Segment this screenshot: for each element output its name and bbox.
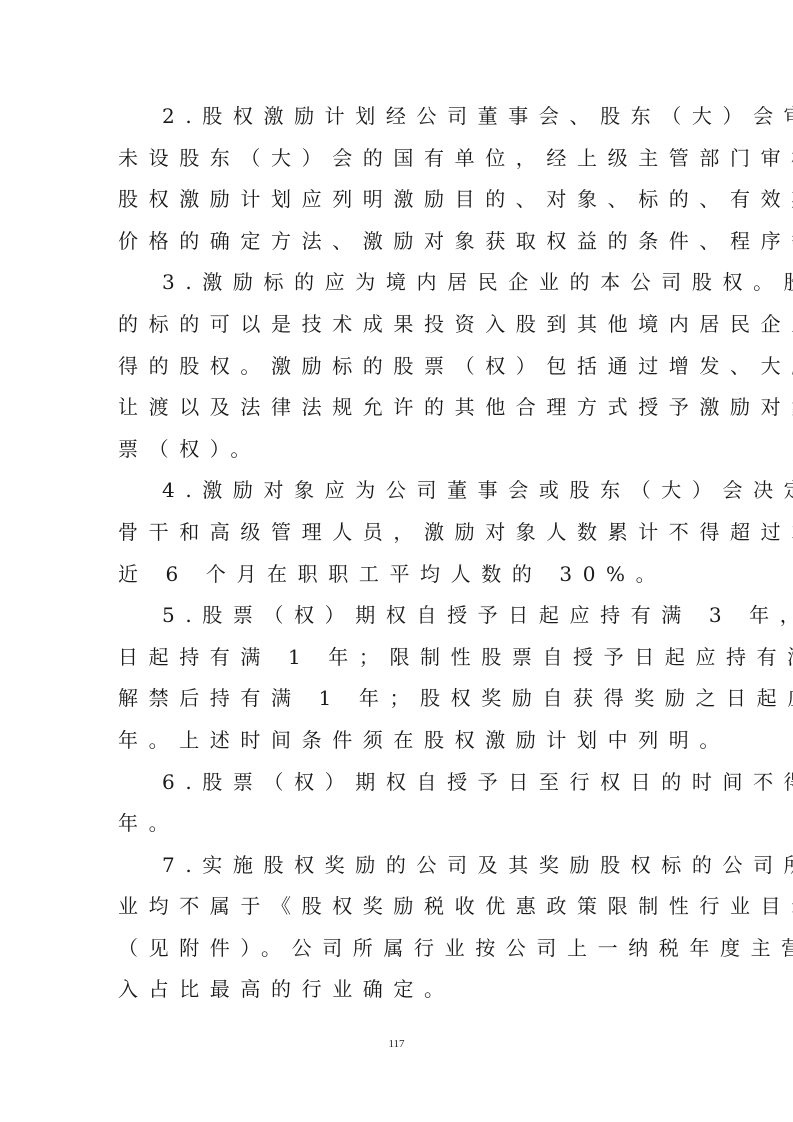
text-line: 价格的确定方法、激励对象获取权益的条件、程序等。 [118, 221, 678, 263]
text-line: 近 6 个月在职职工平均人数的 30%。 [118, 554, 678, 596]
paragraph-3: 3.激励标的应为境内居民企业的本公司股权。股权奖励 的标的可以是技术成果投资入股… [118, 262, 678, 470]
paragraph-6: 6.股票（权）期权自授予日至行权日的时间不得超过 10 年。 [118, 762, 678, 845]
text-line: 4.激励对象应为公司董事会或股东（大）会决定的技术 [118, 470, 678, 512]
page-number: 117 [0, 1038, 793, 1050]
text-line: 股权激励计划应列明激励目的、对象、标的、有效期、各类 [118, 179, 678, 221]
text-line: 让渡以及法律法规允许的其他合理方式授予激励对象的股 [118, 387, 678, 429]
paragraph-2: 2.股权激励计划经公司董事会、股东（大）会审议通过。 未设股东（大）会的国有单位… [118, 96, 678, 262]
text-line: 业均不属于《股权奖励税收优惠政策限制性行业目录》范围 [118, 886, 678, 928]
text-line: 6.股票（权）期权自授予日至行权日的时间不得超过 10 [118, 762, 678, 804]
text-line: 3.激励标的应为境内居民企业的本公司股权。股权奖励 [118, 262, 678, 304]
paragraph-5: 5.股票（权）期权自授予日起应持有满 3 年，且自行权 日起持有满 1 年；限制… [118, 595, 678, 761]
paragraph-4: 4.激励对象应为公司董事会或股东（大）会决定的技术 骨干和高级管理人员，激励对象… [118, 470, 678, 595]
text-line: 2.股权激励计划经公司董事会、股东（大）会审议通过。 [118, 96, 678, 138]
document-page: 2.股权激励计划经公司董事会、股东（大）会审议通过。 未设股东（大）会的国有单位… [0, 0, 793, 1122]
text-line: 年。 [118, 803, 678, 845]
text-line: 7.实施股权奖励的公司及其奖励股权标的公司所属行 [118, 845, 678, 887]
body-text: 2.股权激励计划经公司董事会、股东（大）会审议通过。 未设股东（大）会的国有单位… [118, 96, 678, 1011]
text-line: 5.股票（权）期权自授予日起应持有满 3 年，且自行权 [118, 595, 678, 637]
text-line: 解禁后持有满 1 年；股权奖励自获得奖励之日起应持有满 3 [118, 678, 678, 720]
text-line: 日起持有满 1 年；限制性股票自授予日起应持有满 3 年，且 [118, 637, 678, 679]
text-line: （见附件）。公司所属行业按公司上一纳税年度主营业务收 [118, 928, 678, 970]
text-line: 入占比最高的行业确定。 [118, 969, 678, 1011]
text-line: 得的股权。激励标的股票（权）包括通过增发、大股东直接 [118, 346, 678, 388]
text-line: 票（权）。 [118, 429, 678, 471]
text-line: 未设股东（大）会的国有单位，经上级主管部门审核批准。 [118, 138, 678, 180]
text-line: 年。上述时间条件须在股权激励计划中列明。 [118, 720, 678, 762]
text-line: 的标的可以是技术成果投资入股到其他境内居民企业所取 [118, 304, 678, 346]
text-line: 骨干和高级管理人员，激励对象人数累计不得超过本公司最 [118, 512, 678, 554]
paragraph-7: 7.实施股权奖励的公司及其奖励股权标的公司所属行 业均不属于《股权奖励税收优惠政… [118, 845, 678, 1011]
